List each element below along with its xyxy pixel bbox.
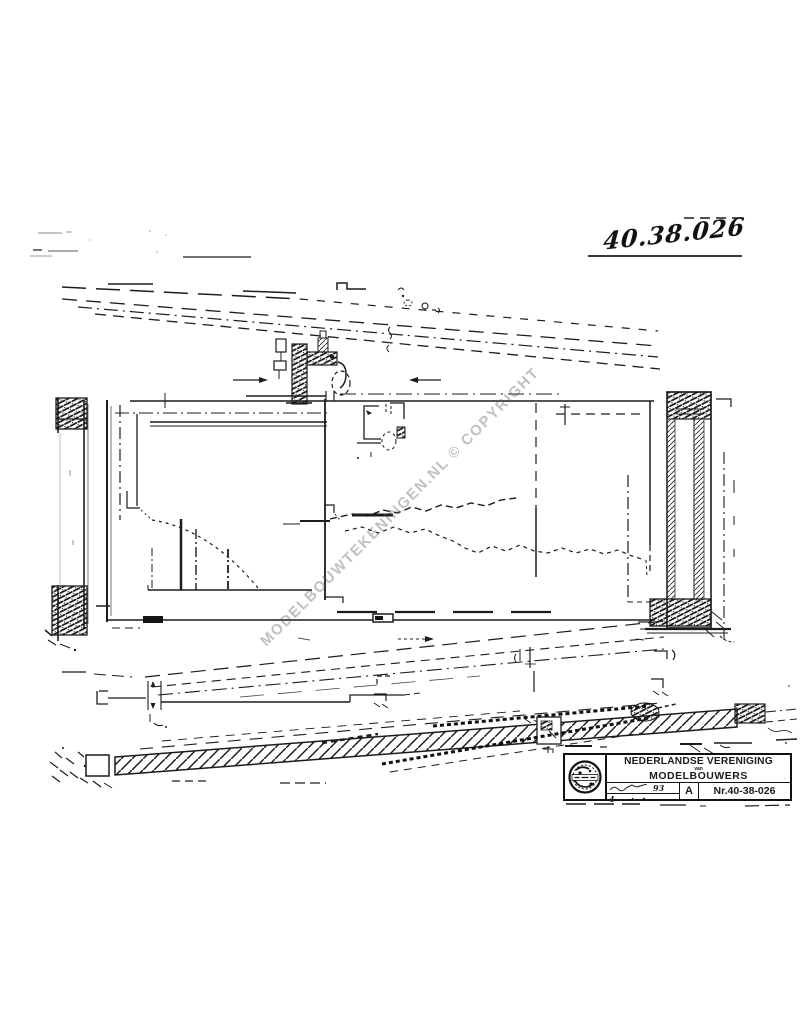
organization-line2: MODELBOUWERS: [607, 771, 790, 782]
logo-cell: [565, 755, 607, 799]
handwritten-scribble-icon: [618, 795, 648, 803]
chassis-plan-view: [96, 393, 655, 628]
mounting-bracket-detail: [357, 403, 405, 459]
scanned-drawing-page: 40.38.026 MODELBOUWTEKENINGEN.NL © COPYR…: [0, 0, 800, 1024]
date-sheet-cell: 93 4: [607, 783, 680, 799]
handwritten-scribble-icon: [609, 784, 651, 792]
support-swing-arc: [148, 519, 312, 590]
drawbar-top-view: [62, 283, 660, 369]
right-post-section: [645, 392, 734, 642]
date-year-value: 93: [653, 783, 664, 793]
nvm-stamp-icon: [568, 760, 602, 794]
drawing-number: Nr.40-38-026: [699, 783, 790, 799]
sheet-number-value: 4: [609, 794, 615, 804]
sheet-row: 4: [607, 794, 679, 804]
organization-name: NEDERLANDSE VERENIGING van MODELBOUWERS: [607, 755, 790, 782]
title-fields-row: 93 4 A Nr.40-38-026: [607, 782, 790, 799]
date-row: 93: [607, 783, 679, 794]
title-block: NEDERLANDSE VERENIGING van MODELBOUWERS …: [563, 753, 792, 801]
revision-letter: A: [680, 783, 699, 799]
left-post-section: [45, 398, 88, 651]
title-cell: NEDERLANDSE VERENIGING van MODELBOUWERS …: [607, 755, 790, 799]
scan-noise-marks: [30, 230, 251, 257]
